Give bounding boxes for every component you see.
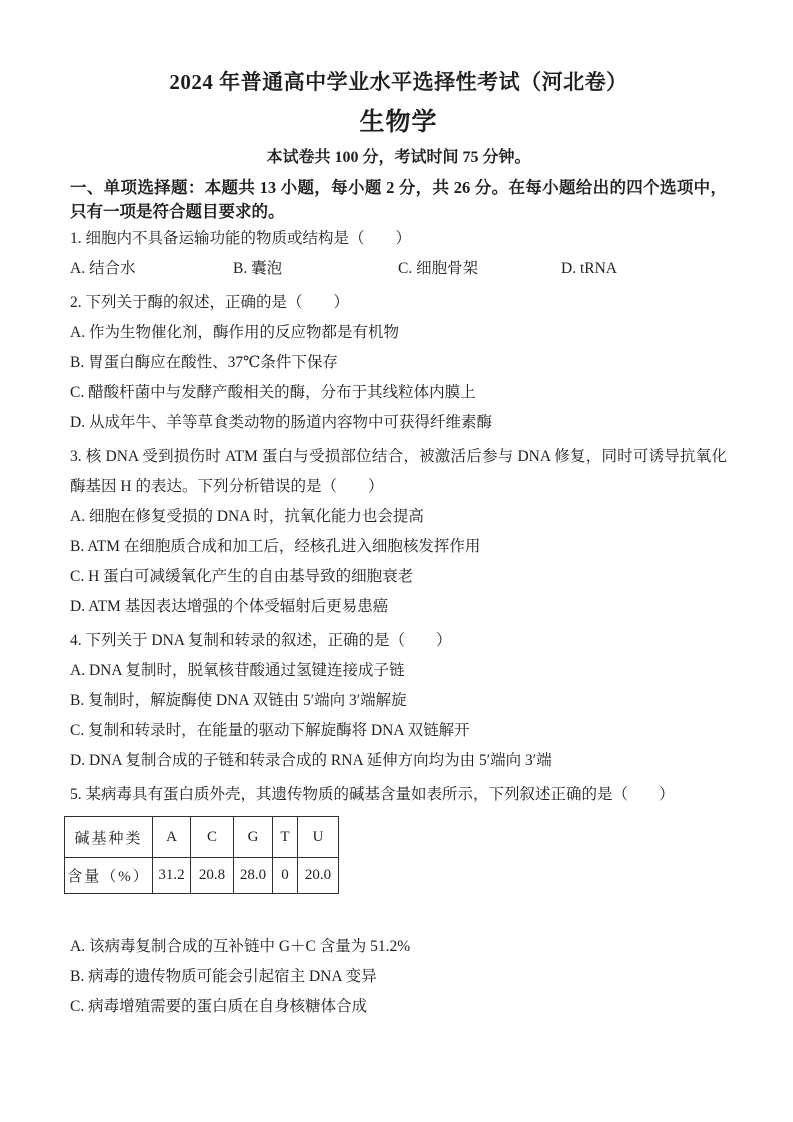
- question-5-option-a: A. 该病毒复制合成的互补链中 G＋C 含量为 51.2%: [70, 932, 727, 962]
- question-5-option-b: B. 病毒的遗传物质可能会引起宿主 DNA 变异: [70, 962, 727, 992]
- subject-title: 生物学: [70, 106, 727, 140]
- exam-info: 本试卷共 100 分，考试时间 75 分钟。: [70, 148, 727, 168]
- table-row-label: 含量（%）: [65, 858, 153, 894]
- question-1-option-a: A. 结合水: [70, 254, 233, 284]
- table-value-row: 含量（%） 31.2 20.8 28.0 0 20.0: [65, 858, 339, 894]
- question-5-option-c: C. 病毒增殖需要的蛋白质在自身核糖体合成: [70, 992, 727, 1022]
- table-header-label: 碱基种类: [65, 817, 153, 858]
- question-2-option-b: B. 胃蛋白酶应在酸性、37℃条件下保存: [70, 348, 727, 378]
- table-col-A: A: [153, 817, 191, 858]
- question-4-option-b: B. 复制时，解旋酶使 DNA 双链由 5′端向 3′端解旋: [70, 686, 727, 716]
- table-value-G: 28.0: [234, 858, 273, 894]
- table-col-U: U: [298, 817, 339, 858]
- question-3: 3. 核 DNA 受到损伤时 ATM 蛋白与受损部位结合，被激活后参与 DNA …: [70, 442, 727, 622]
- question-2-option-a: A. 作为生物催化剂，酶作用的反应物都是有机物: [70, 318, 727, 348]
- question-list: 1. 细胞内不具备运输功能的物质或结构是（ ） A. 结合水 B. 囊泡 C. …: [70, 224, 727, 1022]
- table-value-U: 20.0: [298, 858, 339, 894]
- question-5-stem: 5. 某病毒具有蛋白质外壳，其遗传物质的碱基含量如表所示，下列叙述正确的是（ ）: [70, 780, 727, 810]
- question-1-option-d: D. tRNA: [561, 254, 727, 284]
- question-3-option-b: B. ATM 在细胞质合成和加工后，经核孔进入细胞核发挥作用: [70, 532, 727, 562]
- page-content: 2024 年普通高中学业水平选择性考试（河北卷） 生物学 本试卷共 100 分，…: [0, 68, 793, 1022]
- question-1-options: A. 结合水 B. 囊泡 C. 细胞骨架 D. tRNA: [70, 254, 727, 284]
- exam-paper-page: 2024 年普通高中学业水平选择性考试（河北卷） 生物学 本试卷共 100 分，…: [0, 0, 793, 1122]
- table-value-T: 0: [273, 858, 298, 894]
- question-2-option-c: C. 醋酸杆菌中与发酵产酸相关的酶，分布于其线粒体内膜上: [70, 378, 727, 408]
- question-1-stem: 1. 细胞内不具备运输功能的物质或结构是（ ）: [70, 224, 727, 254]
- base-composition-table: 碱基种类 A C G T U 含量（%） 31.2 20.8 28.0 0 20…: [64, 816, 339, 894]
- question-2-option-d: D. 从成年牛、羊等草食类动物的肠道内容物中可获得纤维素酶: [70, 408, 727, 438]
- table-col-G: G: [234, 817, 273, 858]
- question-1-option-b: B. 囊泡: [233, 254, 398, 284]
- question-3-option-c: C. H 蛋白可减缓氧化产生的自由基导致的细胞衰老: [70, 562, 727, 592]
- question-5: 5. 某病毒具有蛋白质外壳，其遗传物质的碱基含量如表所示，下列叙述正确的是（ ）…: [70, 780, 727, 1022]
- table-value-C: 20.8: [191, 858, 234, 894]
- question-4-option-a: A. DNA 复制时，脱氧核苷酸通过氢键连接成子链: [70, 656, 727, 686]
- question-3-stem: 3. 核 DNA 受到损伤时 ATM 蛋白与受损部位结合，被激活后参与 DNA …: [70, 442, 727, 502]
- question-2: 2. 下列关于酶的叙述，正确的是（ ） A. 作为生物催化剂，酶作用的反应物都是…: [70, 288, 727, 438]
- table-header-row: 碱基种类 A C G T U: [65, 817, 339, 858]
- table-col-C: C: [191, 817, 234, 858]
- question-4-stem: 4. 下列关于 DNA 复制和转录的叙述，正确的是（ ）: [70, 626, 727, 656]
- question-3-option-d: D. ATM 基因表达增强的个体受辐射后更易患癌: [70, 592, 727, 622]
- question-4-option-d: D. DNA 复制合成的子链和转录合成的 RNA 延伸方向均为由 5′端向 3′…: [70, 746, 727, 776]
- question-1: 1. 细胞内不具备运输功能的物质或结构是（ ） A. 结合水 B. 囊泡 C. …: [70, 224, 727, 284]
- question-2-stem: 2. 下列关于酶的叙述，正确的是（ ）: [70, 288, 727, 318]
- question-1-option-c: C. 细胞骨架: [398, 254, 561, 284]
- section-header: 一、单项选择题：本题共 13 小题，每小题 2 分，共 26 分。在每小题给出的…: [70, 176, 727, 224]
- question-4: 4. 下列关于 DNA 复制和转录的叙述，正确的是（ ） A. DNA 复制时，…: [70, 626, 727, 776]
- table-col-T: T: [273, 817, 298, 858]
- question-4-option-c: C. 复制和转录时，在能量的驱动下解旋酶将 DNA 双链解开: [70, 716, 727, 746]
- table-value-A: 31.2: [153, 858, 191, 894]
- page-title: 2024 年普通高中学业水平选择性考试（河北卷）: [70, 68, 727, 96]
- question-3-option-a: A. 细胞在修复受损的 DNA 时，抗氧化能力也会提高: [70, 502, 727, 532]
